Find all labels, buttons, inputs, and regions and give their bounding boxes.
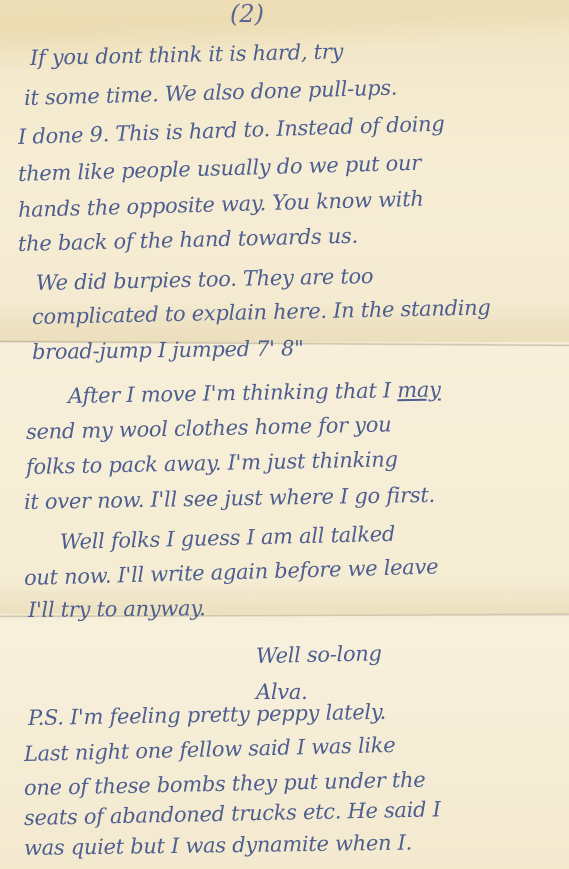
postscript-line: Last night one fellow said I was like [24, 733, 396, 766]
letter-line: hands the opposite way. You know with [18, 187, 424, 222]
letter-line-text: After I move I'm thinking that I may [68, 377, 441, 408]
postscript-line: one of these bombs they put under the [24, 768, 426, 800]
closing: Well so-long [256, 641, 382, 668]
letter-line: it over now. I'll see just where I go fi… [24, 483, 435, 514]
letter-line: them like people usually do we put our [18, 151, 422, 186]
letter-page: (2) If you dont think it is hard, try it… [0, 0, 569, 869]
letter-line: Well folks I guess I am all talked [60, 522, 396, 554]
letter-line: it some time. We also done pull-ups. [24, 76, 398, 110]
page-number: (2) [230, 0, 264, 28]
postscript-line: was quiet but I was dynamite when I. [24, 831, 412, 860]
letter-line: I done 9. This is hard to. Instead of do… [18, 112, 445, 149]
postscript-line: seats of abandoned trucks etc. He said I [24, 797, 441, 830]
letter-line: folks to pack away. I'm just thinking [26, 447, 398, 479]
letter-line: After I move I'm thinking that I may [68, 377, 441, 408]
letter-line: send my wool clothes home for you [26, 412, 392, 444]
letter-line: We did burpies too. They are too [36, 264, 374, 295]
postscript-line: P.S. I'm feeling pretty peppy lately. [28, 700, 386, 730]
letter-line: I'll try to anyway. [28, 596, 206, 622]
letter-line: out now. I'll write again before we leav… [24, 554, 439, 590]
letter-line: complicated to explain here. In the stan… [32, 295, 491, 329]
letter-line: the back of the hand towards us. [18, 224, 358, 256]
letter-line: broad-jump I jumped 7' 8" [32, 336, 304, 364]
underlined-word: may [397, 377, 441, 402]
letter-line: If you dont think it is hard, try [30, 39, 344, 70]
